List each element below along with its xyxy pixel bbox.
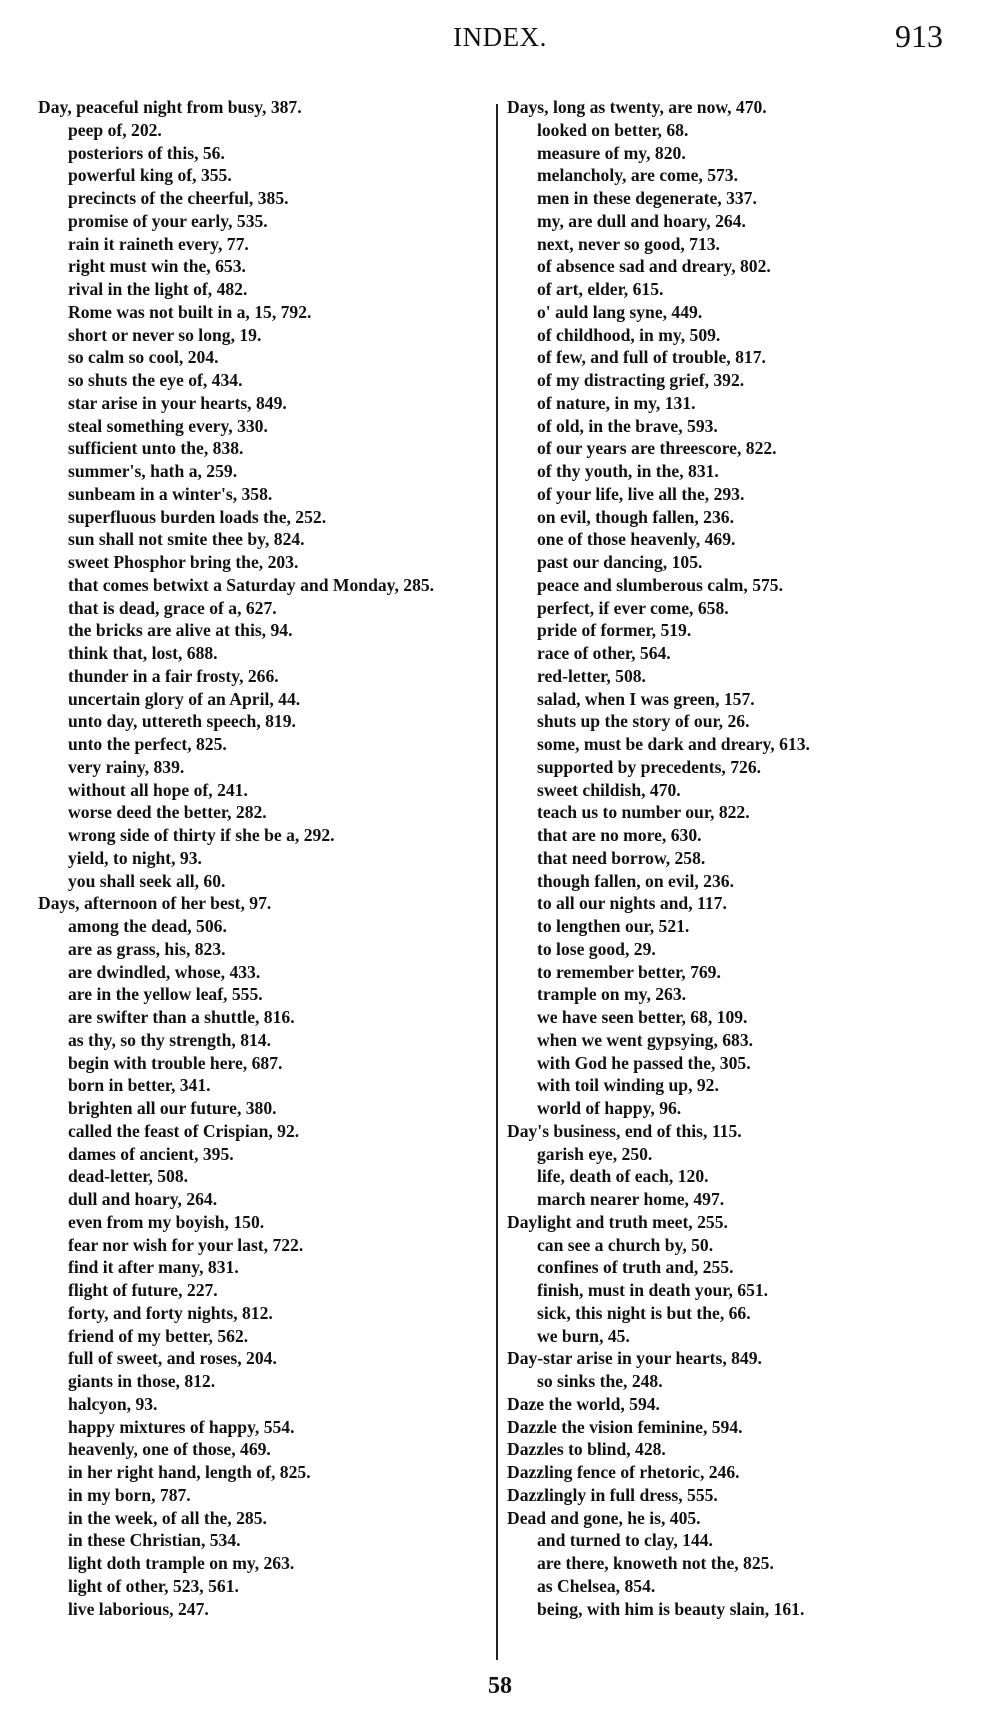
index-sub-entry: live laborious, 247. [38,1598,490,1621]
index-headword-entry: Day, peaceful night from busy, 387. [38,96,490,119]
index-headword-entry: Days, long as twenty, are now, 470. [507,96,957,119]
index-sub-entry: shuts up the story of our, 26. [507,710,957,733]
index-headword-entry: Daze the world, 594. [507,1393,957,1416]
index-sub-entry: dead-letter, 508. [38,1165,490,1188]
index-sub-entry: with God he passed the, 305. [507,1052,957,1075]
index-sub-entry: brighten all our future, 380. [38,1097,490,1120]
index-headword-entry: Dazzlingly in full dress, 555. [507,1484,957,1507]
index-sub-entry: among the dead, 506. [38,915,490,938]
index-sub-entry: superfluous burden loads the, 252. [38,506,490,529]
index-sub-entry: are swifter than a shuttle, 816. [38,1006,490,1029]
index-sub-entry: dull and hoary, 264. [38,1188,490,1211]
index-sub-entry: in her right hand, length of, 825. [38,1461,490,1484]
index-sub-entry: of our years are threescore, 822. [507,437,957,460]
index-sub-entry: finish, must in death your, 651. [507,1279,957,1302]
index-sub-entry: being, with him is beauty slain, 161. [507,1598,957,1621]
index-sub-entry: forty, and forty nights, 812. [38,1302,490,1325]
index-sub-entry: flight of future, 227. [38,1279,490,1302]
index-column-right: Days, long as twenty, are now, 470.looke… [507,96,957,1620]
index-sub-entry: one of those heavenly, 469. [507,528,957,551]
index-sub-entry: on evil, though fallen, 236. [507,506,957,529]
index-sub-entry: short or never so long, 19. [38,324,490,347]
index-sub-entry: some, must be dark and dreary, 613. [507,733,957,756]
index-sub-entry: to lengthen our, 521. [507,915,957,938]
index-sub-entry: sunbeam in a winter's, 358. [38,483,490,506]
index-sub-entry: light of other, 523, 561. [38,1575,490,1598]
index-sub-entry: fear nor wish for your last, 722. [38,1234,490,1257]
index-sub-entry: pride of former, 519. [507,619,957,642]
index-sub-entry: garish eye, 250. [507,1143,957,1166]
index-sub-entry: wrong side of thirty if she be a, 292. [38,824,490,847]
index-sub-entry: even from my boyish, 150. [38,1211,490,1234]
index-sub-entry: yield, to night, 93. [38,847,490,870]
index-sub-entry: trample on my, 263. [507,983,957,1006]
index-headword-entry: Daylight and truth meet, 255. [507,1211,957,1234]
index-sub-entry: o' auld lang syne, 449. [507,301,957,324]
index-sub-entry: Rome was not built in a, 15, 792. [38,301,490,324]
index-sub-entry: perfect, if ever come, 658. [507,597,957,620]
index-sub-entry: star arise in your hearts, 849. [38,392,490,415]
index-sub-entry: rival in the light of, 482. [38,278,490,301]
index-sub-entry: that need borrow, 258. [507,847,957,870]
index-sub-entry: so calm so cool, 204. [38,346,490,369]
index-sub-entry: light doth trample on my, 263. [38,1552,490,1575]
index-sub-entry: race of other, 564. [507,642,957,665]
index-sub-entry: precincts of the cheerful, 385. [38,187,490,210]
index-headword-entry: Day-star arise in your hearts, 849. [507,1347,957,1370]
index-sub-entry: to lose good, 29. [507,938,957,961]
index-sub-entry: in my born, 787. [38,1484,490,1507]
index-sub-entry: that is dead, grace of a, 627. [38,597,490,620]
index-sub-entry: of old, in the brave, 593. [507,415,957,438]
index-sub-entry: in these Christian, 534. [38,1529,490,1552]
index-sub-entry: of childhood, in my, 509. [507,324,957,347]
index-sub-entry: sick, this night is but the, 66. [507,1302,957,1325]
index-sub-entry: to remember better, 769. [507,961,957,984]
index-sub-entry: can see a church by, 50. [507,1234,957,1257]
index-sub-entry: of your life, live all the, 293. [507,483,957,506]
index-sub-entry: without all hope of, 241. [38,779,490,802]
index-sub-entry: sufficient unto the, 838. [38,437,490,460]
index-sub-entry: in the week, of all the, 285. [38,1507,490,1530]
index-sub-entry: halcyon, 93. [38,1393,490,1416]
index-sub-entry: of my distracting grief, 392. [507,369,957,392]
index-sub-entry: past our dancing, 105. [507,551,957,574]
index-sub-entry: uncertain glory of an April, 44. [38,688,490,711]
index-sub-entry: my, are dull and hoary, 264. [507,210,957,233]
index-sub-entry: happy mixtures of happy, 554. [38,1416,490,1439]
index-sub-entry: as thy, so thy strength, 814. [38,1029,490,1052]
index-sub-entry: peep of, 202. [38,119,490,142]
index-sub-entry: unto the perfect, 825. [38,733,490,756]
index-sub-entry: begin with trouble here, 687. [38,1052,490,1075]
index-sub-entry: of absence sad and dreary, 802. [507,255,957,278]
index-sub-entry: promise of your early, 535. [38,210,490,233]
index-sub-entry: heavenly, one of those, 469. [38,1438,490,1461]
column-divider [496,104,498,1660]
index-sub-entry: next, never so good, 713. [507,233,957,256]
index-sub-entry: though fallen, on evil, 236. [507,870,957,893]
index-sub-entry: life, death of each, 120. [507,1165,957,1188]
index-sub-entry: of few, and full of trouble, 817. [507,346,957,369]
index-sub-entry: of art, elder, 615. [507,278,957,301]
index-sub-entry: dames of ancient, 395. [38,1143,490,1166]
index-sub-entry: so shuts the eye of, 434. [38,369,490,392]
index-sub-entry: steal something every, 330. [38,415,490,438]
index-sub-entry: measure of my, 820. [507,142,957,165]
index-sub-entry: with toil winding up, 92. [507,1074,957,1097]
index-sub-entry: are there, knoweth not the, 825. [507,1552,957,1575]
running-header-title: INDEX. [0,22,1000,53]
index-sub-entry: are dwindled, whose, 433. [38,961,490,984]
index-sub-entry: looked on better, 68. [507,119,957,142]
index-sub-entry: the bricks are alive at this, 94. [38,619,490,642]
page-number: 913 [895,18,943,55]
index-sub-entry: powerful king of, 355. [38,164,490,187]
index-sub-entry: rain it raineth every, 77. [38,233,490,256]
index-headword-entry: Dazzles to blind, 428. [507,1438,957,1461]
index-sub-entry: peace and slumberous calm, 575. [507,574,957,597]
index-sub-entry: born in better, 341. [38,1074,490,1097]
index-sub-entry: that are no more, 630. [507,824,957,847]
index-sub-entry: full of sweet, and roses, 204. [38,1347,490,1370]
index-sub-entry: of thy youth, in the, 831. [507,460,957,483]
index-headword-entry: Days, afternoon of her best, 97. [38,892,490,915]
index-sub-entry: right must win the, 653. [38,255,490,278]
index-sub-entry: red-letter, 508. [507,665,957,688]
index-sub-entry: posteriors of this, 56. [38,142,490,165]
index-sub-entry: find it after many, 831. [38,1256,490,1279]
index-sub-entry: very rainy, 839. [38,756,490,779]
index-sub-entry: world of happy, 96. [507,1097,957,1120]
index-sub-entry: when we went gypsying, 683. [507,1029,957,1052]
index-sub-entry: we burn, 45. [507,1325,957,1348]
index-sub-entry: giants in those, 812. [38,1370,490,1393]
index-headword-entry: Dazzle the vision feminine, 594. [507,1416,957,1439]
index-sub-entry: are in the yellow leaf, 555. [38,983,490,1006]
index-headword-entry: Day's business, end of this, 115. [507,1120,957,1143]
index-sub-entry: confines of truth and, 255. [507,1256,957,1279]
index-sub-entry: sun shall not smite thee by, 824. [38,528,490,551]
index-sub-entry: melancholy, are come, 573. [507,164,957,187]
index-sub-entry: you shall seek all, 60. [38,870,490,893]
index-sub-entry: so sinks the, 248. [507,1370,957,1393]
index-sub-entry: sweet childish, 470. [507,779,957,802]
index-sub-entry: sweet Phosphor bring the, 203. [38,551,490,574]
index-sub-entry: salad, when I was green, 157. [507,688,957,711]
index-headword-entry: Dead and gone, he is, 405. [507,1507,957,1530]
index-sub-entry: called the feast of Crispian, 92. [38,1120,490,1143]
index-sub-entry: are as grass, his, 823. [38,938,490,961]
index-sub-entry: worse deed the better, 282. [38,801,490,824]
index-sub-entry: supported by precedents, 726. [507,756,957,779]
index-sub-entry: of nature, in my, 131. [507,392,957,415]
index-headword-entry: Dazzling fence of rhetoric, 246. [507,1461,957,1484]
index-sub-entry: men in these degenerate, 337. [507,187,957,210]
index-sub-entry: and turned to clay, 144. [507,1529,957,1552]
index-column-left: Day, peaceful night from busy, 387.peep … [38,96,490,1620]
index-sub-entry: think that, lost, 688. [38,642,490,665]
index-sub-entry: as Chelsea, 854. [507,1575,957,1598]
index-sub-entry: teach us to number our, 822. [507,801,957,824]
index-sub-entry: that comes betwixt a Saturday and Monday… [38,574,490,597]
signature-mark: 58 [0,1673,1000,1700]
index-sub-entry: march nearer home, 497. [507,1188,957,1211]
index-sub-entry: thunder in a fair frosty, 266. [38,665,490,688]
index-sub-entry: summer's, hath a, 259. [38,460,490,483]
index-sub-entry: friend of my better, 562. [38,1325,490,1348]
index-sub-entry: to all our nights and, 117. [507,892,957,915]
index-sub-entry: unto day, uttereth speech, 819. [38,710,490,733]
index-sub-entry: we have seen better, 68, 109. [507,1006,957,1029]
